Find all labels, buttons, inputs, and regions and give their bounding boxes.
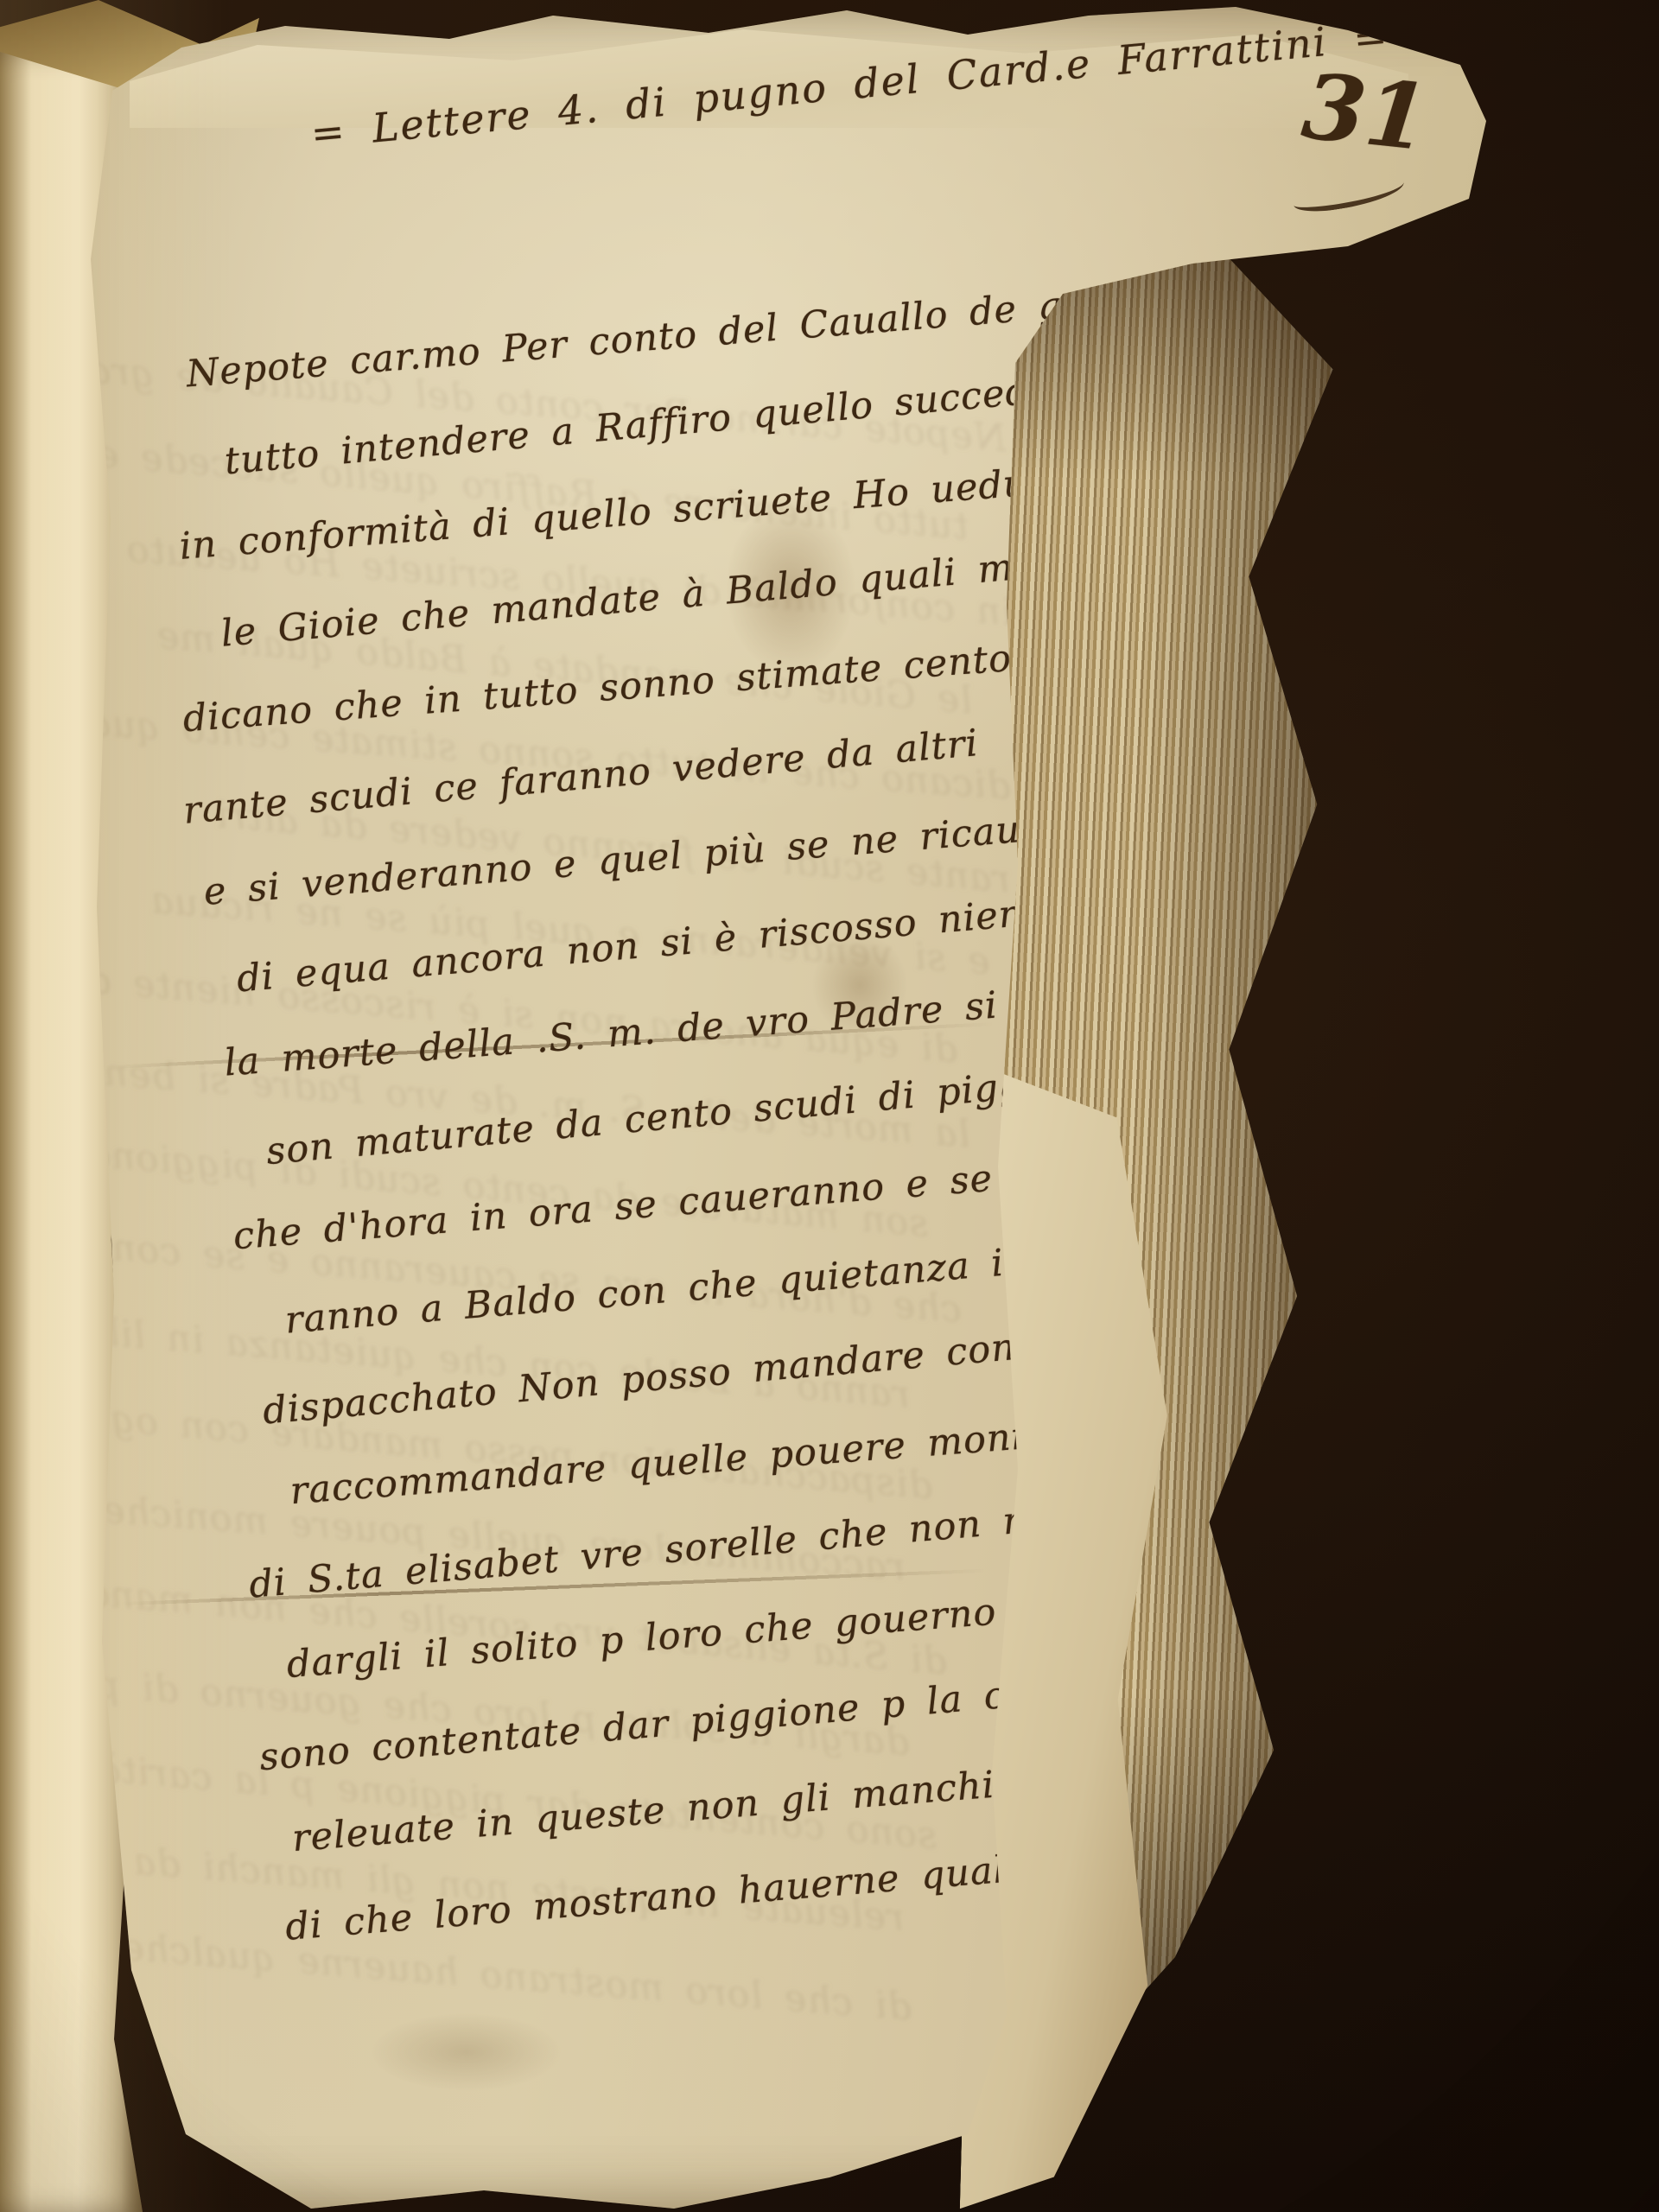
page-number-underline (1291, 171, 1406, 216)
manuscript-page: Nepote car.mo Per conto del Cauallo de g… (0, 0, 1659, 2212)
page-number: 31 (1299, 61, 1433, 164)
ink-stain (372, 2013, 562, 2091)
manuscript-photo: Nepote car.mo Per conto del Cauallo de g… (0, 0, 1659, 2212)
